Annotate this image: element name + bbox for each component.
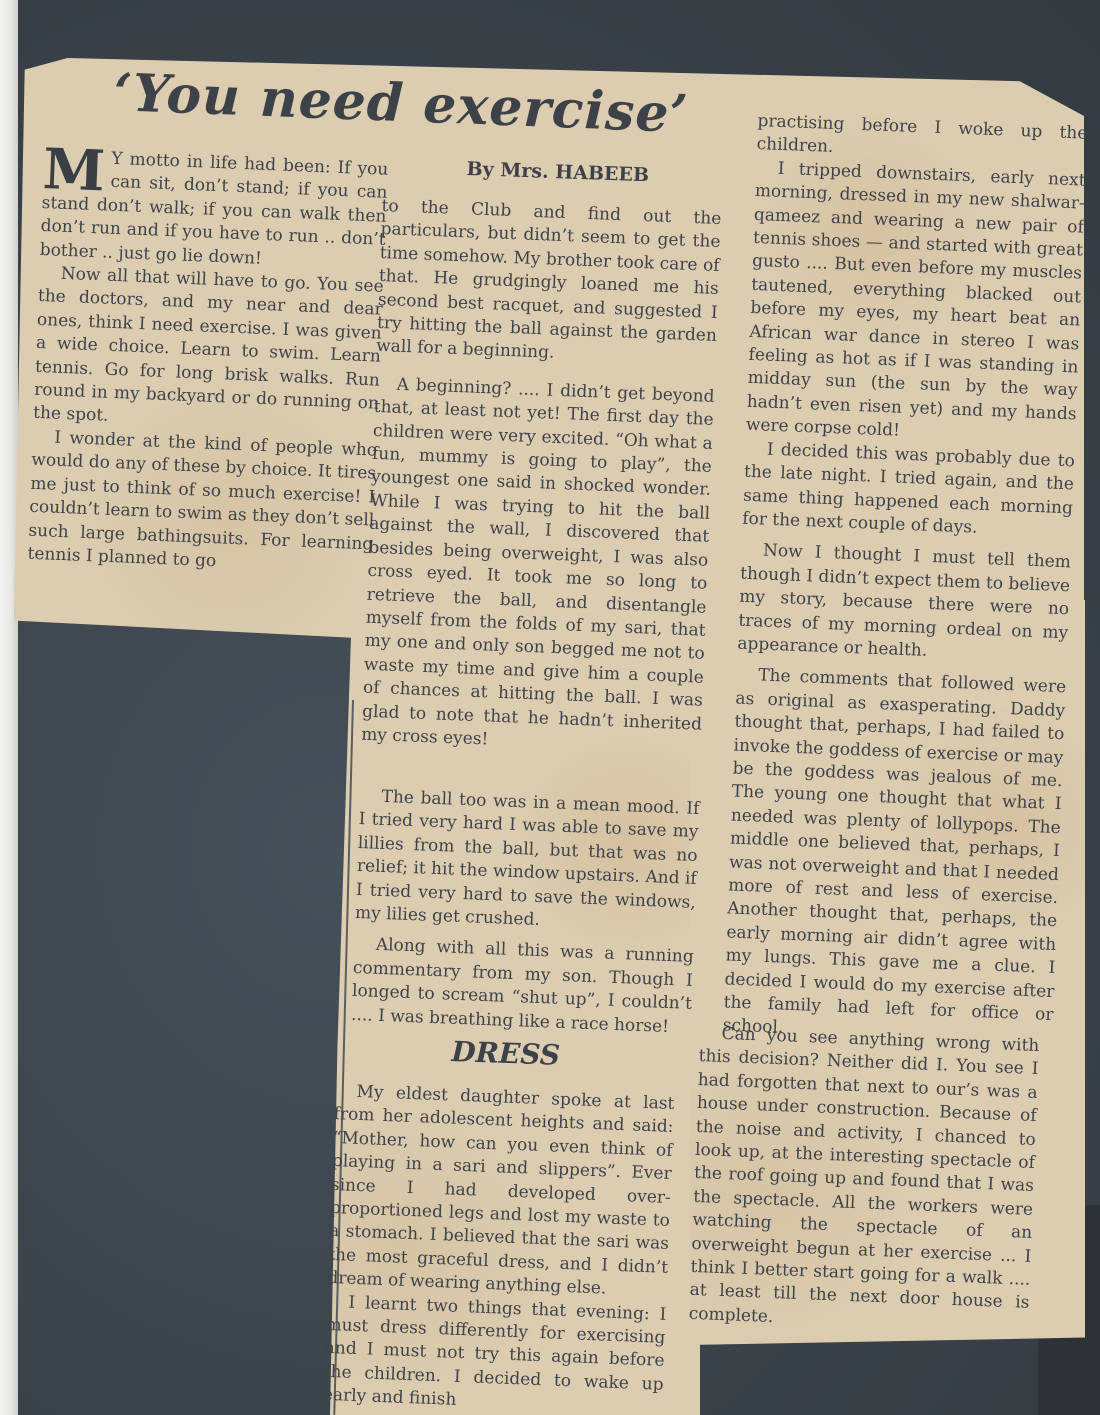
column-1: MY motto in life had been: If you can si… bbox=[27, 145, 389, 580]
section-heading-dress: DRESS bbox=[451, 1035, 561, 1072]
paragraph: I learnt two things that evening: I must… bbox=[322, 1291, 666, 1415]
paragraph: Now all that will have to go. You see th… bbox=[33, 262, 384, 440]
opening-paragraph: MY motto in life had been: If you can si… bbox=[39, 145, 388, 276]
column-2-lower: The ball too was in a mean mood. If I tr… bbox=[351, 785, 700, 1040]
paragraph: The ball too was in a mean mood. If I tr… bbox=[355, 785, 700, 938]
paragraph: Now I thought I must tell them though I … bbox=[737, 539, 1071, 669]
column-2: to the Club and find out the particulars… bbox=[361, 195, 722, 760]
column-3: practising before I woke up the children… bbox=[722, 110, 1087, 1051]
article-title: ‘You need exercise’ bbox=[113, 62, 690, 145]
paragraph: I decided this was probably due to the l… bbox=[742, 437, 1075, 543]
drop-cap: M bbox=[42, 147, 106, 193]
column-3-lower: Can you see anything wrong with this dec… bbox=[688, 1022, 1039, 1339]
paragraph: My eldest daughter spoke at last from he… bbox=[327, 1080, 675, 1304]
paragraph: I wonder at the kind of people who would… bbox=[27, 426, 377, 580]
paragraph: Can you see anything wrong with this dec… bbox=[688, 1022, 1039, 1339]
paragraph: A beginning? .... I didn’t get beyond th… bbox=[361, 373, 715, 760]
dress-section: My eldest daughter spoke at last from he… bbox=[322, 1080, 674, 1415]
paragraph: The comments that followed were as origi… bbox=[722, 664, 1066, 1051]
paragraph: I tripped downstairs, early next morning… bbox=[745, 157, 1086, 450]
paragraph: to the Club and find out the particulars… bbox=[376, 195, 722, 372]
byline: By Mrs. HABEEB bbox=[466, 158, 649, 186]
paragraph: Along with all this was a running commen… bbox=[351, 933, 694, 1040]
article: ‘You need exercise’ By Mrs. HABEEB MY mo… bbox=[0, 0, 1100, 1415]
